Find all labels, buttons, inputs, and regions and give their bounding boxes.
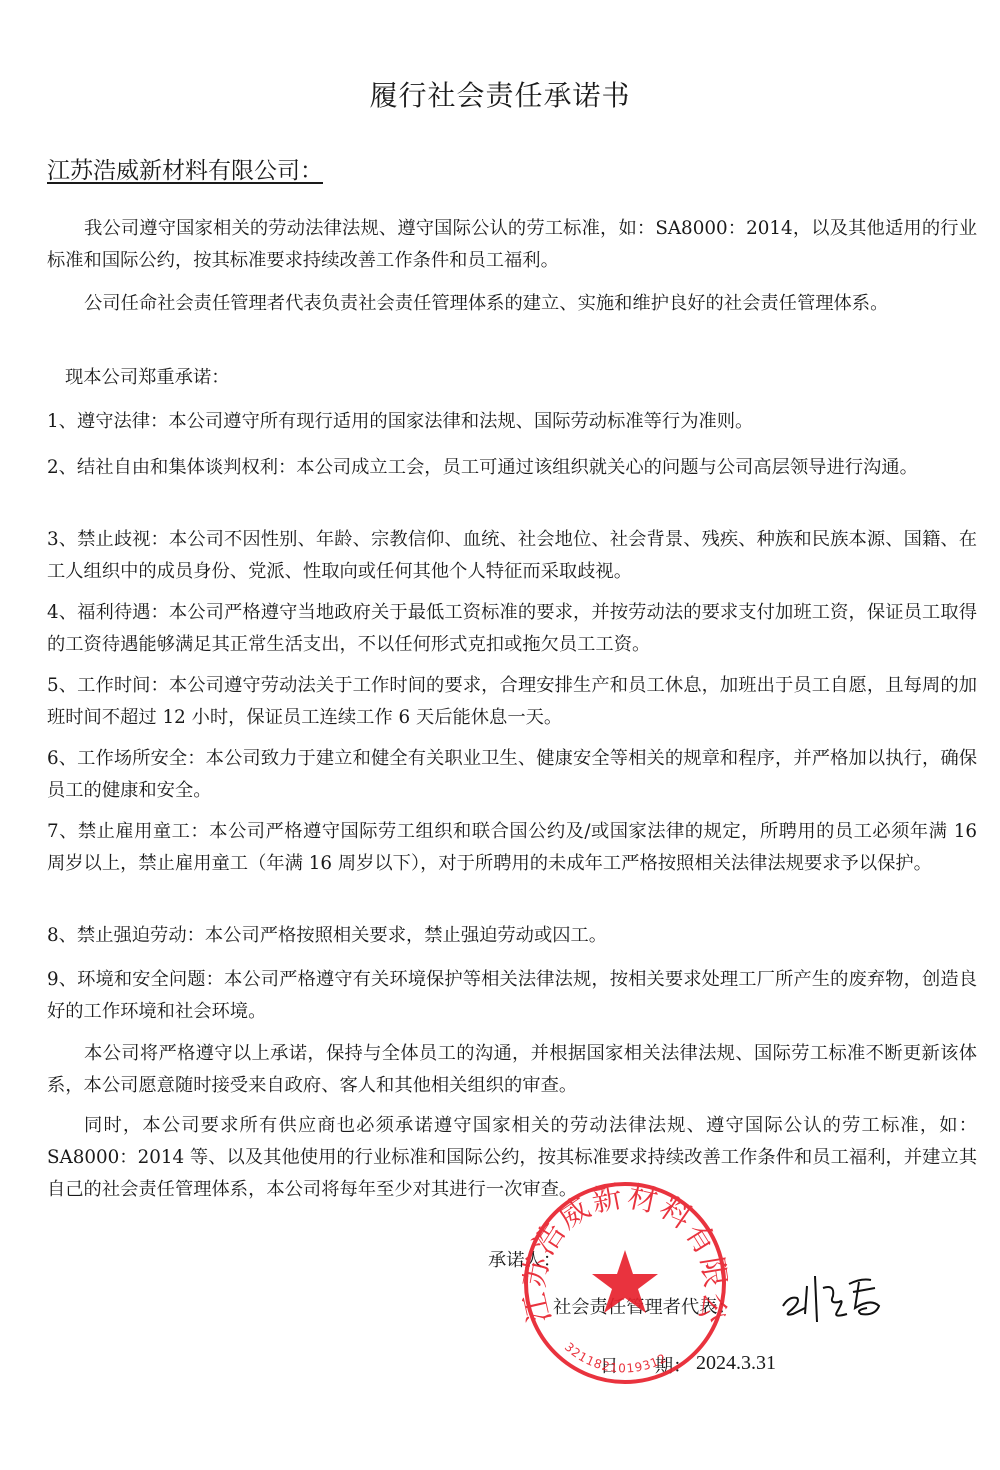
commitment-item-4: 4、福利待遇：本公司严格遵守当地政府关于最低工资标准的要求，并按劳动法的要求支付… [47,597,977,661]
paragraph-management-rep: 公司任命社会责任管理者代表负责社会责任管理体系的建立、实施和维护良好的社会责任管… [47,288,977,320]
commitment-item-8: 8、禁止强迫劳动：本公司严格按照相关要求，禁止强迫劳动或囚工。 [47,920,977,952]
paragraph-commitment-intro: 现本公司郑重承诺： [47,362,977,394]
commitment-item-5: 5、工作时间：本公司遵守劳动法关于工作时间的要求，合理安排生产和员工休息，加班出… [47,670,977,734]
addressee: 江苏浩威新材料有限公司： [47,152,323,185]
paragraph-compliance: 我公司遵守国家相关的劳动法律法规、遵守国际公认的劳工标准，如：SA8000：20… [47,213,977,277]
closing-paragraph-2: 同时，本公司要求所有供应商也必须承诺遵守国家相关的劳动法律法规、遵守国际公认的劳… [47,1110,977,1206]
commitment-item-7: 7、禁止雇用童工：本公司严格遵守国际劳工组织和联合国公约及/或国家法律的规定，所… [47,816,977,880]
commitment-item-2: 2、结社自由和集体谈判权利：本公司成立工会，员工可通过该组织就关心的问题与公司高… [47,452,977,484]
commitment-item-3: 3、禁止歧视：本公司不因性别、年龄、宗教信仰、血统、社会地位、社会背景、残疾、种… [47,524,977,588]
closing-paragraph-1: 本公司将严格遵守以上承诺，保持与全体员工的沟通，并根据国家相关法律法规、国际劳工… [47,1038,977,1102]
commitment-item-9: 9、环境和安全问题：本公司严格遵守有关环境保护等相关法律法规，按相关要求处理工厂… [47,964,977,1028]
commitment-letter-page: 履行社会责任承诺书 江苏浩威新材料有限公司： 我公司遵守国家相关的劳动法律法规、… [0,0,1000,1470]
commitment-item-1: 1、遵守法律：本公司遵守所有现行适用的国家法律和法规、国际劳动标准等行为准则。 [47,406,977,438]
commitment-item-6: 6、工作场所安全：本公司致力于建立和健全有关职业卫生、健康安全等相关的规章和程序… [47,743,977,807]
handwritten-signature [775,1268,887,1328]
document-title: 履行社会责任承诺书 [0,74,1000,114]
company-seal-stamp: 江苏浩威新材料有限公司 3211821019312 [522,1180,728,1386]
